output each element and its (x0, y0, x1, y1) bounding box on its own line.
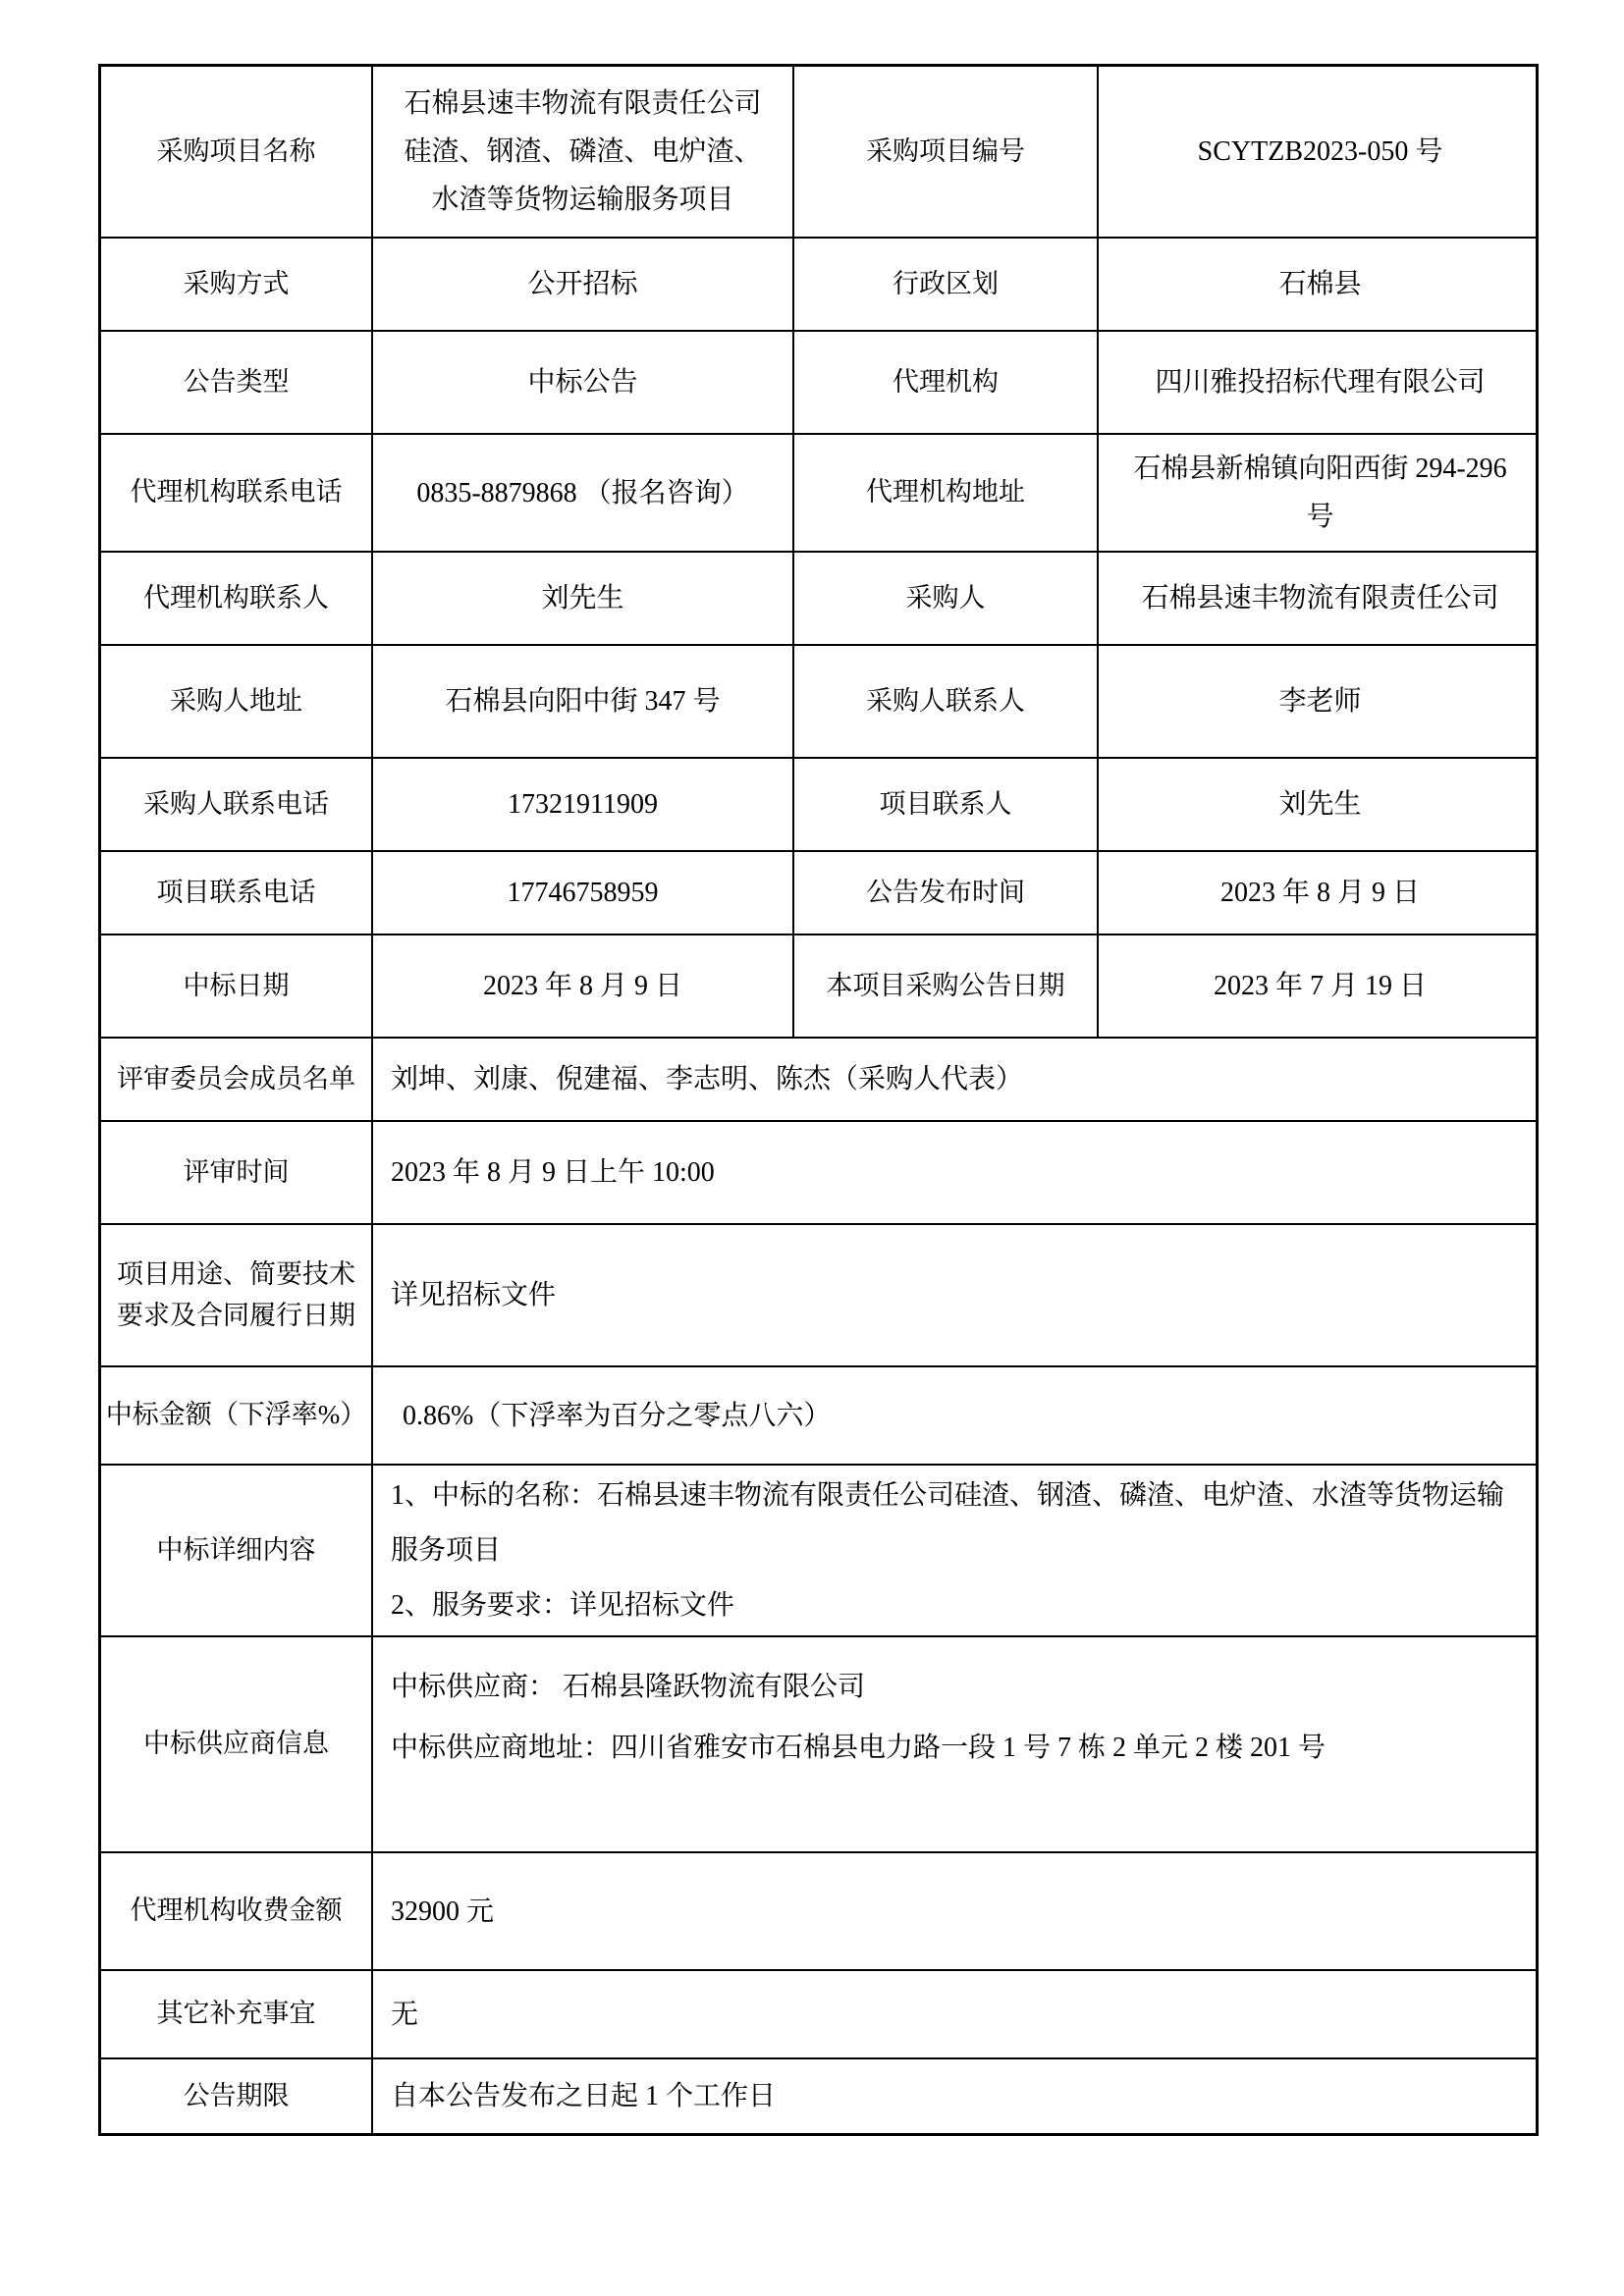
project-purpose-value: 详见招标文件 (373, 1225, 1536, 1365)
purchaser-address-label: 采购人地址 (101, 646, 373, 757)
purchaser-label: 采购人 (794, 553, 1099, 644)
award-details-value: 1、中标的名称：石棉县速丰物流有限责任公司硅渣、钢渣、磷渣、电炉渣、水渣等货物运… (373, 1466, 1536, 1635)
agency-address-value: 石棉县新棉镇向阳西街 294-296 号 (1099, 435, 1542, 551)
winning-supplier-line-2: 中标供应商地址：四川省雅安市石棉县电力路一段 1 号 7 栋 2 单元 2 楼 … (391, 1718, 1326, 1779)
project-phone-label: 项目联系电话 (101, 852, 373, 934)
award-details-label: 中标详细内容 (101, 1466, 373, 1635)
table-row-purchaser-phone: 采购人联系电话 17321911909 项目联系人 刘先生 (101, 759, 1536, 852)
purchaser-contact-label: 采购人联系人 (794, 646, 1099, 757)
table-row-agency-contact: 代理机构联系人 刘先生 采购人 石棉县速丰物流有限责任公司 (101, 553, 1536, 646)
announcement-period-value: 自本公告发布之日起 1 个工作日 (373, 2059, 1536, 2133)
agency-fee-label: 代理机构收费金额 (101, 1853, 373, 1969)
table-row-award-date: 中标日期 2023 年 8 月 9 日 本项目采购公告日期 2023 年 7 月… (101, 935, 1536, 1039)
administrative-division-value: 石棉县 (1099, 239, 1542, 330)
table-row-announcement-period: 公告期限 自本公告发布之日起 1 个工作日 (101, 2059, 1536, 2133)
purchaser-address-value: 石棉县向阳中街 347 号 (373, 646, 794, 757)
project-number-label: 采购项目编号 (794, 67, 1099, 237)
table-row-project-purpose: 项目用途、简要技术 要求及合同履行日期 详见招标文件 (101, 1225, 1536, 1367)
agency-label: 代理机构 (794, 332, 1099, 433)
table-row-purchaser-address: 采购人地址 石棉县向阳中街 347 号 采购人联系人 李老师 (101, 646, 1536, 759)
review-committee-label: 评审委员会成员名单 (101, 1039, 373, 1120)
table-row-agency-phone: 代理机构联系电话 0835-8879868 （报名咨询） 代理机构地址 石棉县新… (101, 435, 1536, 553)
agency-fee-value: 32900 元 (373, 1853, 1536, 1969)
agency-phone-label: 代理机构联系电话 (101, 435, 373, 551)
announcement-period-label: 公告期限 (101, 2059, 373, 2133)
winning-supplier-value: 中标供应商： 石棉县隆跃物流有限公司 中标供应商地址：四川省雅安市石棉县电力路一… (373, 1637, 1536, 1851)
purchaser-contact-value: 李老师 (1099, 646, 1542, 757)
table-row-agency-fee: 代理机构收费金额 32900 元 (101, 1853, 1536, 1971)
other-matters-label: 其它补充事宜 (101, 1971, 373, 2057)
document-page: 采购项目名称 石棉县速丰物流有限责任公司 硅渣、钢渣、磷渣、电炉渣、 水渣等货物… (0, 0, 1624, 2296)
purchaser-phone-value: 17321911909 (373, 759, 794, 850)
project-contact-value: 刘先生 (1099, 759, 1542, 850)
award-date-label: 中标日期 (101, 935, 373, 1037)
announcement-type-label: 公告类型 (101, 332, 373, 433)
award-details-text: 1、中标的名称：石棉县速丰物流有限责任公司硅渣、钢渣、磷渣、电炉渣、水渣等货物运… (391, 1468, 1512, 1633)
award-details-line-1: 1、中标的名称：石棉县速丰物流有限责任公司硅渣、钢渣、磷渣、电炉渣、水渣等货物运… (391, 1468, 1512, 1578)
announcement-table: 采购项目名称 石棉县速丰物流有限责任公司 硅渣、钢渣、磷渣、电炉渣、 水渣等货物… (98, 64, 1539, 2136)
other-matters-value: 无 (373, 1971, 1536, 2057)
award-details-line-2: 2、服务要求：详见招标文件 (391, 1578, 1512, 1633)
project-number-value: SCYTZB2023-050 号 (1099, 67, 1542, 237)
publish-time-label: 公告发布时间 (794, 852, 1099, 934)
winning-supplier-text: 中标供应商： 石棉县隆跃物流有限公司 中标供应商地址：四川省雅安市石棉县电力路一… (391, 1657, 1326, 1778)
procurement-method-value: 公开招标 (373, 239, 794, 330)
award-amount-label: 中标金额（下浮率%） (101, 1367, 373, 1464)
award-date-value: 2023 年 8 月 9 日 (373, 935, 794, 1037)
procurement-method-label: 采购方式 (101, 239, 373, 330)
announcement-type-value: 中标公告 (373, 332, 794, 433)
review-committee-value: 刘坤、刘康、倪建福、李志明、陈杰（采购人代表） (373, 1039, 1536, 1120)
project-name-label: 采购项目名称 (101, 67, 373, 237)
table-row-review-time: 评审时间 2023 年 8 月 9 日上午 10:00 (101, 1122, 1536, 1225)
agency-contact-value: 刘先生 (373, 553, 794, 644)
agency-contact-label: 代理机构联系人 (101, 553, 373, 644)
table-row-other-matters: 其它补充事宜 无 (101, 1971, 1536, 2059)
winning-supplier-line-1: 中标供应商： 石棉县隆跃物流有限公司 (391, 1657, 1326, 1718)
project-contact-label: 项目联系人 (794, 759, 1099, 850)
administrative-division-label: 行政区划 (794, 239, 1099, 330)
agency-address-label: 代理机构地址 (794, 435, 1099, 551)
project-purpose-label: 项目用途、简要技术 要求及合同履行日期 (101, 1225, 373, 1365)
publish-time-value: 2023 年 8 月 9 日 (1099, 852, 1542, 934)
procurement-announcement-date-label: 本项目采购公告日期 (794, 935, 1099, 1037)
review-time-value: 2023 年 8 月 9 日上午 10:00 (373, 1122, 1536, 1223)
review-time-label: 评审时间 (101, 1122, 373, 1223)
procurement-announcement-date-value: 2023 年 7 月 19 日 (1099, 935, 1542, 1037)
table-row-project-phone: 项目联系电话 17746758959 公告发布时间 2023 年 8 月 9 日 (101, 852, 1536, 935)
project-name-value: 石棉县速丰物流有限责任公司 硅渣、钢渣、磷渣、电炉渣、 水渣等货物运输服务项目 (373, 67, 794, 237)
table-row-procurement-method: 采购方式 公开招标 行政区划 石棉县 (101, 239, 1536, 332)
table-row-review-committee: 评审委员会成员名单 刘坤、刘康、倪建福、李志明、陈杰（采购人代表） (101, 1039, 1536, 1122)
project-phone-value: 17746758959 (373, 852, 794, 934)
winning-supplier-label: 中标供应商信息 (101, 1637, 373, 1851)
table-row-award-details: 中标详细内容 1、中标的名称：石棉县速丰物流有限责任公司硅渣、钢渣、磷渣、电炉渣… (101, 1466, 1536, 1637)
table-row-winning-supplier: 中标供应商信息 中标供应商： 石棉县隆跃物流有限公司 中标供应商地址：四川省雅安… (101, 1637, 1536, 1853)
purchaser-phone-label: 采购人联系电话 (101, 759, 373, 850)
table-row-project-name: 采购项目名称 石棉县速丰物流有限责任公司 硅渣、钢渣、磷渣、电炉渣、 水渣等货物… (101, 67, 1536, 239)
purchaser-value: 石棉县速丰物流有限责任公司 (1099, 553, 1542, 644)
award-amount-value: 0.86%（下浮率为百分之零点八六） (373, 1367, 1536, 1464)
table-row-announcement-type: 公告类型 中标公告 代理机构 四川雅投招标代理有限公司 (101, 332, 1536, 435)
agency-phone-value: 0835-8879868 （报名咨询） (373, 435, 794, 551)
agency-value: 四川雅投招标代理有限公司 (1099, 332, 1542, 433)
table-row-award-amount: 中标金额（下浮率%） 0.86%（下浮率为百分之零点八六） (101, 1367, 1536, 1466)
